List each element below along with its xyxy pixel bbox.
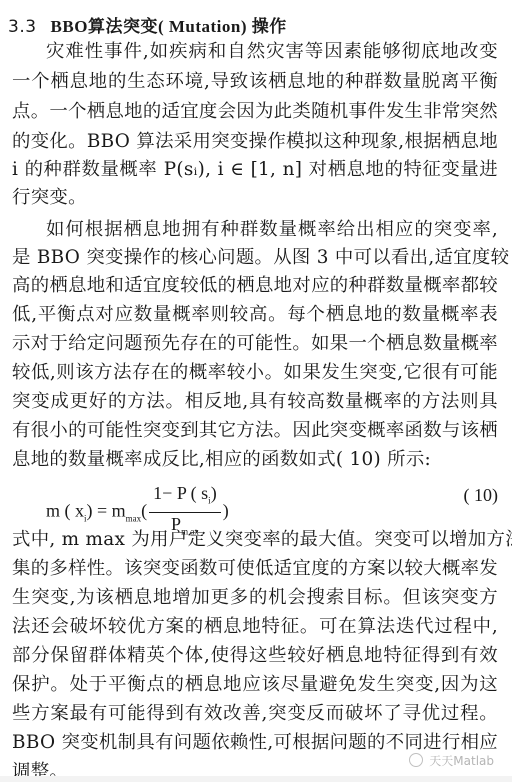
text-line: 是 BBO 突变操作的核心问题。从图 3 中可以看出,适宜度较 (12, 248, 498, 268)
text-line: BBO 突变机制具有问题依赖性,可根据问题的不同进行相应 (12, 733, 498, 753)
equation-lhs: m ( x (46, 501, 84, 521)
text-line: 生突变,为该栖息地增加更多的机会搜索目标。但该突变方 (12, 588, 498, 608)
text-line: 点。一个栖息地的适宜度会因为此类随机事件发生非常突然 (12, 102, 498, 122)
watermark-text: 天天Matlab (429, 754, 494, 768)
text-line: 一个栖息地的生态环境,导致该栖息地的种群数量脱离平衡 (12, 72, 498, 92)
text-line: 高的栖息地和适宜度较低的栖息地对应的种群数量概率都较 (12, 276, 498, 296)
section-title: BBO算法突变( Mutation) 操作 (51, 17, 287, 36)
numerator-text: 1− P ( s (153, 483, 208, 503)
equation-max-subscript: max (126, 513, 142, 523)
section-heading: 3.3BBO算法突变( Mutation) 操作 (8, 12, 287, 37)
equation-numerator: 1− P ( si) (149, 483, 221, 513)
text-line: 集的多样性。该突变函数可使低适宜度的方案以较大概率发 (12, 559, 498, 579)
equation-equals: ) = m (87, 501, 126, 521)
text-line: 行突变。 (12, 188, 498, 208)
equation-close-paren: ) (223, 501, 229, 521)
text-line: 的变化。BBO 算法采用突变操作模拟这种现象,根据栖息地 (12, 132, 498, 152)
text-line: i 的种群数量概率 P(sᵢ), i ∈ [1, n] 对栖息地的特征变量进 (12, 160, 498, 180)
watermark: 天天Matlab (409, 752, 494, 769)
text-line: 法还会破坏较优方案的栖息地特征。可在算法迭代过程中, (12, 617, 498, 637)
text-line: 些方案最有可能得到有效改善,突变反而破坏了寻优过程。 (12, 704, 498, 724)
wechat-icon (409, 753, 423, 767)
text-line: 低,平衡点对应数量概率则较高。每个栖息地的数量概率表 (12, 305, 498, 325)
text-line: 突变成更好的方法。相反地,具有较高数量概率的方法则具 (12, 392, 498, 412)
text-line: 保护。处于平衡点的栖息地应该尽量避免发生突变,因为这 (12, 675, 498, 695)
bottom-divider (0, 776, 512, 782)
text-line: 灾难性事件,如疾病和自然灾害等因素能够彻底地改变 (46, 42, 498, 62)
text-line: 有很小的可能性突变到其它方法。因此突变概率函数与该栖 (12, 421, 498, 441)
paper-page: 3.3BBO算法突变( Mutation) 操作 灾难性事件,如疾病和自然灾害等… (0, 0, 512, 782)
text-line: 示对于给定问题预先存在的可能性。如果一个栖息数量概率 (12, 334, 498, 354)
text-line: 式中, m max 为用户定义突变率的最大值。突变可以增加方法 (12, 530, 498, 550)
equation-number: ( 10) (464, 485, 499, 506)
text-line: 息地的数量概率成反比,相应的函数如式( 10) 所示: (12, 450, 498, 470)
section-number: 3.3 (8, 17, 37, 37)
equation-open-paren: ( (141, 501, 147, 521)
text-line: 部分保留群体精英个体,使得这些较好栖息地特征得到有效 (12, 646, 498, 666)
text-line: 较低,则该方法存在的概率较小。如果发生突变,它很有可能 (12, 363, 498, 383)
text-line: 如何根据栖息地拥有种群数量概率给出相应的突变率, (46, 220, 498, 240)
numerator-close: ) (211, 483, 217, 503)
